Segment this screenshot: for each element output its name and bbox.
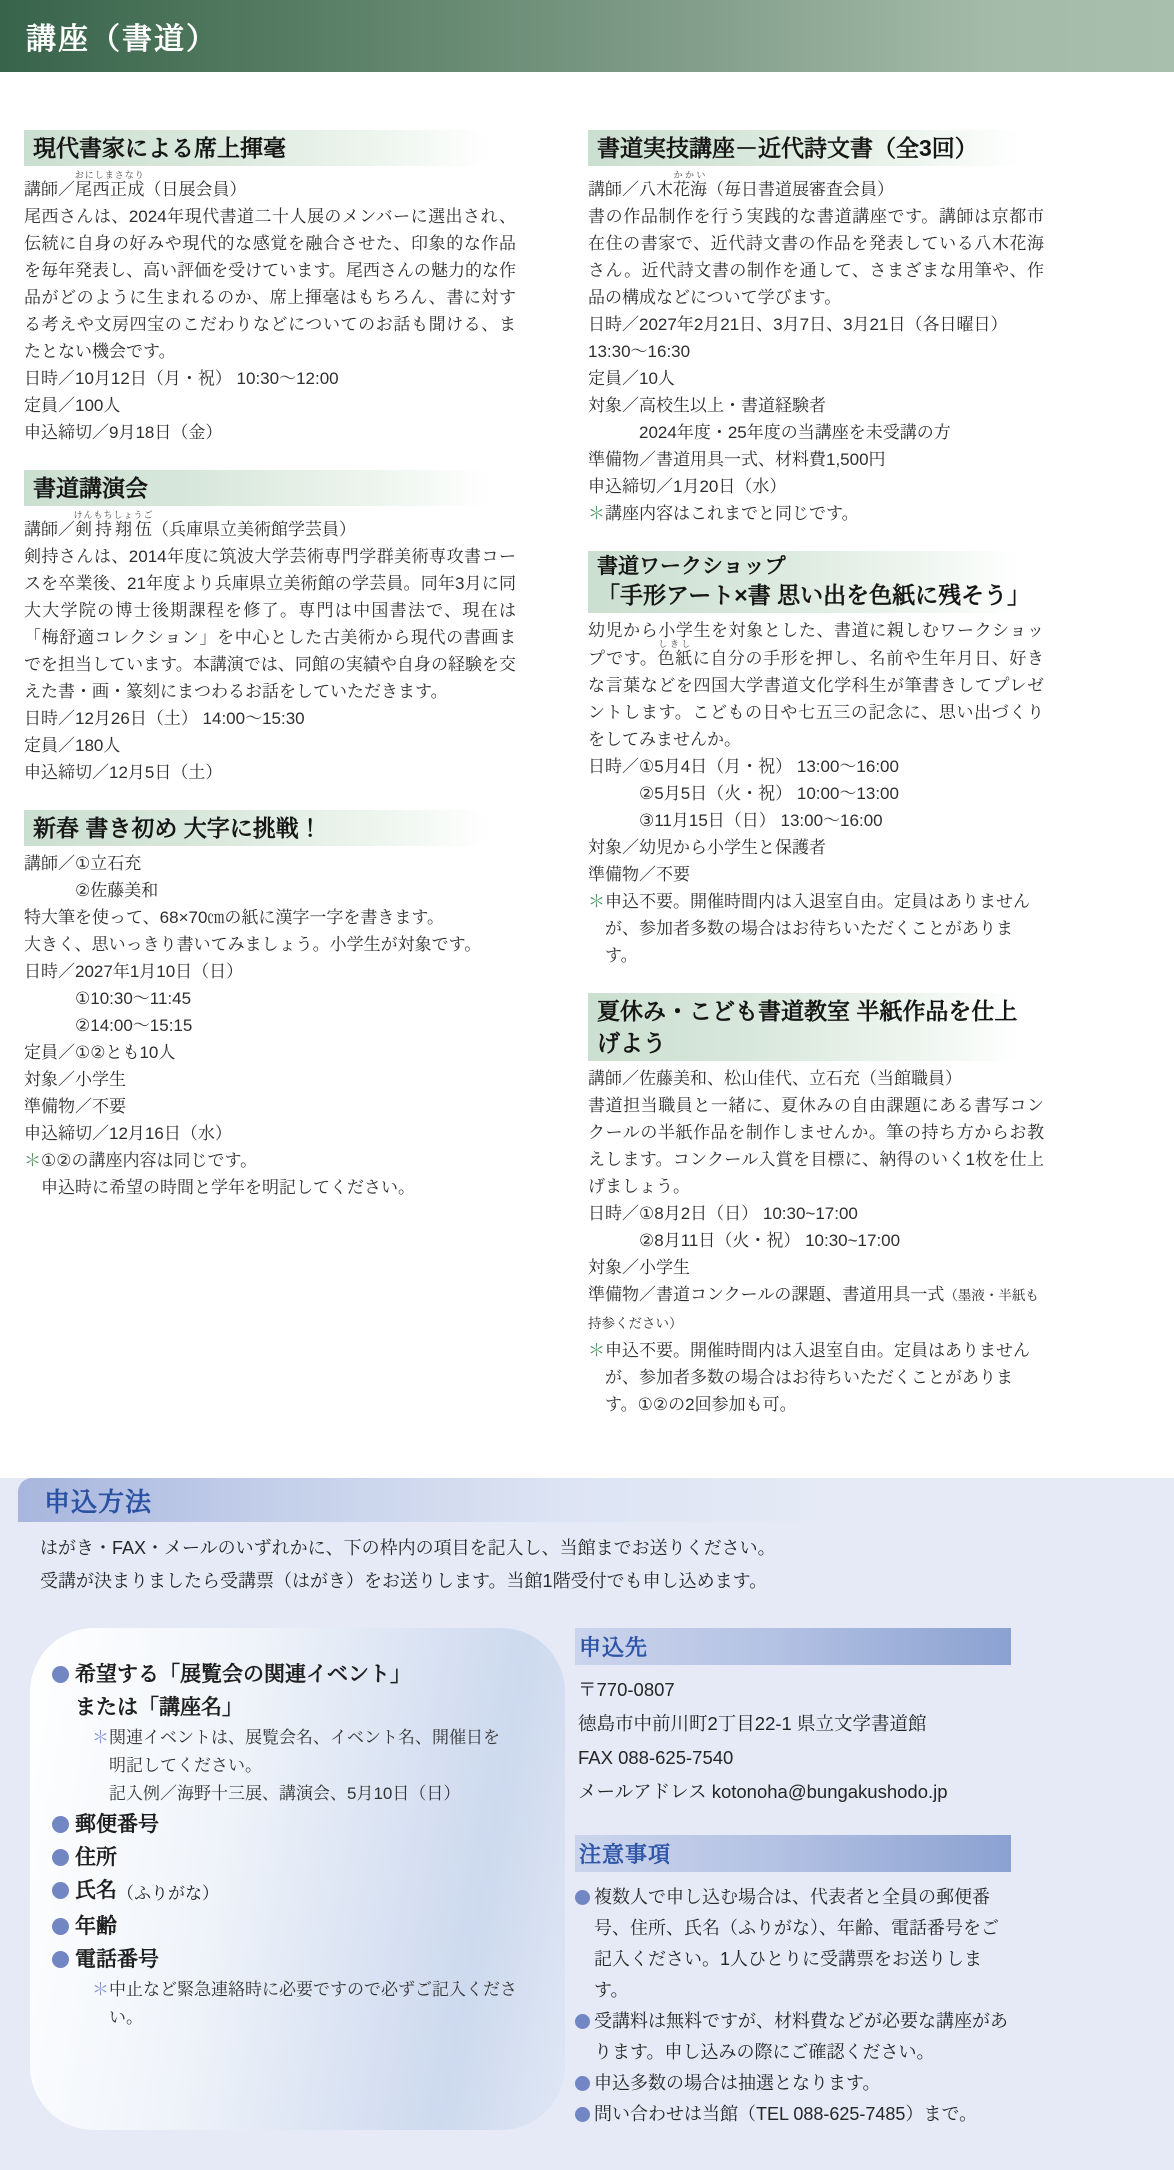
application-right-column: 申込先 〒770-0807 徳島市中前川町2丁目22-1 県立文学書道館 FAX… (575, 1628, 1011, 2130)
materials-line: 準備物／書道コンクールの課題、書道用具一式（墨液・半紙も持参ください） (588, 1281, 1044, 1337)
shikishi-ruby: 色紙しきし (658, 649, 693, 668)
date-sub-line: ③11月15日（日） 13:00～16:00 (588, 807, 1044, 834)
furigana-hint: （ふりがな） (117, 1874, 219, 1910)
lecturer-affiliation: （兵庫県立美術館学芸員） (152, 520, 356, 539)
destination-title: 申込先 (575, 1631, 648, 1662)
course-description: 尾西さんは、2024年現代書道二十人展のメンバーに選出され、伝統に自身の好みや現… (24, 203, 516, 365)
notices-title: 注意事項 (575, 1838, 671, 1869)
lecturer-line: 講師／①立石充 (24, 850, 516, 877)
course-workshop: 書道ワークショップ 「手形アート×書 思い出を色紙に残そう」 幼児から小学生を対… (588, 551, 1044, 969)
materials-line: 準備物／不要 (24, 1093, 516, 1120)
bullet-icon (575, 1890, 590, 1905)
lecturer-affiliation: （日展会員） (145, 180, 247, 199)
date-sub-line: ①10:30～11:45 (24, 985, 516, 1012)
form-item-address: 住所 (52, 1841, 547, 1874)
lecturer-name: 剣持翔伍 (74, 520, 154, 539)
course-kakizome: 新春 書き初め 大字に挑戦！ 講師／①立石充 ②佐藤美和 特大筆を使って、68×… (24, 810, 516, 1201)
flyer-page: 講座（書道） 現代書家による席上揮毫 講師／尾西正成おにしまさなり（日展会員） … (0, 0, 1174, 2170)
course-kouenkai: 書道講演会 講師／剣持翔伍けんもちしょうご（兵庫県立美術館学芸員） 剣持さんは、… (24, 470, 516, 786)
method-line: 受講が決まりましたら受講票（はがき）をお送りします。当館1階受付でも申し込めます… (40, 1565, 1174, 1598)
date-line: 日時／2027年1月10日（日） (24, 958, 516, 985)
bullet-icon (52, 1882, 69, 1899)
form-note-cont: 明記してください。 (52, 1752, 547, 1780)
page-title: 講座（書道） (26, 14, 218, 58)
date-line: 日時／①8月2日（日） 10:30~17:00 (588, 1200, 1044, 1227)
asterisk-marker: ＊ (92, 1980, 109, 1999)
notice-item: 複数人で申し込む場合は、代表者と全員の郵便番号、住所、氏名（ふりがな）、年齢、電… (575, 1882, 1011, 2006)
date-sub-line: ②5月5日（火・祝） 10:00～13:00 (588, 780, 1044, 807)
bullet-icon (575, 2014, 590, 2029)
target-line: 対象／高校生以上・書道経験者 (588, 392, 1044, 419)
course-title-line2: 「手形アート×書 思い出を色紙に残そう」 (597, 580, 1040, 611)
capacity-line: 定員／100人 (24, 392, 516, 419)
capacity-line: 定員／180人 (24, 732, 516, 759)
form-item-name: 氏名（ふりがな） (52, 1874, 547, 1910)
form-note-phone: ＊中止など緊急連絡時に必要ですので必ずご記入ください。 (52, 1976, 547, 2032)
target-line: 対象／小学生 (588, 1254, 1044, 1281)
course-description: 幼児から小学生を対象とした、書道に親しむワークショップです。色紙しきしに自分の手… (588, 617, 1044, 753)
bullet-icon (52, 1849, 69, 1866)
date-line: 日時／2027年2月21日、3月7日、3月21日（各日曜日） 13:30～16:… (588, 311, 1044, 365)
form-note-example: 記入例／海野十三展、講演会、5月10日（日） (52, 1780, 547, 1808)
bullet-icon (575, 2076, 590, 2091)
form-item-phone: 電話番号 (52, 1943, 547, 1976)
deadline-line: 申込締切／12月16日（水） (24, 1120, 516, 1147)
asterisk-marker: ＊ (588, 1341, 605, 1360)
lecturer-prefix: 講師／ (24, 520, 75, 539)
lecturer-prefix: 講師／ (24, 180, 75, 199)
note-line: ＊講座内容はこれまでと同じです。 (588, 500, 1044, 527)
form-note: ＊関連イベントは、展覧会名、イベント名、開催日を (52, 1724, 547, 1752)
lecturer-line: 講師／佐藤美和、松山佳代、立石充（当館職員） (588, 1065, 1044, 1092)
target-line: 対象／小学生 (24, 1066, 516, 1093)
course-columns: 現代書家による席上揮毫 講師／尾西正成おにしまさなり（日展会員） 尾西さんは、2… (0, 72, 1174, 1448)
course-title: 書道講演会 (24, 470, 516, 506)
notice-item: 受講料は無料ですが、材料費などが必要な講座があります。申し込みの際にご確認くださ… (575, 2006, 1011, 2068)
lecturer-furigana: かかい (673, 170, 707, 180)
form-item-event-cont: または「講座名」 (52, 1691, 547, 1724)
lecturer-furigana: おにしまさなり (75, 170, 145, 180)
deadline-line: 申込締切／9月18日（金） (24, 419, 516, 446)
materials-line: 準備物／不要 (588, 861, 1044, 888)
capacity-line: 定員／10人 (588, 365, 1044, 392)
bullet-icon (52, 1951, 69, 1968)
lecturer-name: 尾西正成 (75, 180, 145, 199)
lecturer-name-ruby: 尾西正成おにしまさなり (75, 180, 145, 199)
deadline-line: 申込締切／1月20日（水） (588, 473, 1044, 500)
note-line: ＊申込不要。開催時間内は入退室自由。定員はありませんが、参加者多数の場合はお待ち… (588, 888, 1044, 969)
note-line-cont: 申込時に希望の時間と学年を明記してください。 (24, 1174, 516, 1201)
left-column: 現代書家による席上揮毫 講師／尾西正成おにしまさなり（日展会員） 尾西さんは、2… (24, 130, 516, 1418)
lecturer-line: 講師／八木花海かかい（毎日書道展審査会員） (588, 170, 1044, 203)
street-address: 徳島市中前川町2丁目22-1 県立文学書道館 (578, 1707, 1011, 1741)
note-line: ＊申込不要。開催時間内は入退室自由。定員はありませんが、参加者多数の場合はお待ち… (588, 1337, 1044, 1418)
target-sub-line: 2024年度・25年度の当講座を未受講の方 (588, 419, 1044, 446)
asterisk-marker: ＊ (588, 892, 605, 911)
deadline-line: 申込締切／12月5日（土） (24, 759, 516, 786)
right-column: 書道実技講座－近代詩文書（全3回） 講師／八木花海かかい（毎日書道展審査会員） … (588, 130, 1044, 1418)
application-detail-row: 希望する「展覧会の関連イベント」 または「講座名」 ＊関連イベントは、展覧会名、… (30, 1628, 1174, 2130)
application-method-title: 申込方法 (18, 1482, 152, 1519)
asterisk-marker: ＊ (24, 1151, 41, 1170)
application-form-box: 希望する「展覧会の関連イベント」 または「講座名」 ＊関連イベントは、展覧会名、… (30, 1628, 565, 2130)
application-method-intro: はがき・FAX・メールのいずれかに、下の枠内の項目を記入し、当館までお送りくださ… (40, 1532, 1174, 1598)
fax-number: FAX 088-625-7540 (578, 1741, 1011, 1775)
course-title: 現代書家による席上揮毫 (24, 130, 516, 166)
course-description: 大きく、思いっきり書いてみましょう。小学生が対象です。 (24, 931, 516, 958)
lecturer-furigana: けんもちしょうご (74, 510, 154, 520)
target-line: 対象／幼児から小学生と保護者 (588, 834, 1044, 861)
notice-item: 申込多数の場合は抽選となります。 (575, 2068, 1011, 2099)
asterisk-marker: ＊ (588, 504, 605, 523)
course-description: 書の作品制作を行う実践的な書道講座です。講師は京都市在住の書家で、近代詩文書の作… (588, 203, 1044, 311)
lecturer-affiliation: （毎日書道展審査会員） (707, 180, 894, 199)
course-jitsugi: 書道実技講座－近代詩文書（全3回） 講師／八木花海かかい（毎日書道展審査会員） … (588, 130, 1044, 527)
course-description: 特大筆を使って、68×70㎝の紙に漢字一字を書きます。 (24, 904, 516, 931)
email-address: メールアドレス kotonoha@bungakushodo.jp (578, 1775, 1011, 1809)
note-line: ＊①②の講座内容は同じです。 (24, 1147, 516, 1174)
destination-address-block: 〒770-0807 徳島市中前川町2丁目22-1 県立文学書道館 FAX 088… (578, 1673, 1011, 1809)
date-line: 日時／10月12日（月・祝） 10:30～12:00 (24, 365, 516, 392)
course-natsuyasumi: 夏休み・こども書道教室 半紙作品を仕上げよう 講師／佐藤美和、松山佳代、立石充（… (588, 993, 1044, 1418)
course-title: 夏休み・こども書道教室 半紙作品を仕上げよう (588, 993, 1044, 1061)
bullet-icon (52, 1918, 69, 1935)
method-line: はがき・FAX・メールのいずれかに、下の枠内の項目を記入し、当館までお送りくださ… (40, 1532, 1174, 1565)
lecturer-line-2: ②佐藤美和 (24, 877, 516, 904)
course-title-block: 書道ワークショップ 「手形アート×書 思い出を色紙に残そう」 (588, 551, 1044, 613)
application-method-bar: 申込方法 (18, 1478, 1012, 1522)
capacity-line: 定員／①②とも10人 (24, 1039, 516, 1066)
date-line: 日時／12月26日（土） 14:00～15:30 (24, 705, 516, 732)
form-item-age: 年齢 (52, 1910, 547, 1943)
bullet-icon (575, 2107, 590, 2122)
date-sub-line: ②14:00～15:15 (24, 1012, 516, 1039)
lecturer-line: 講師／剣持翔伍けんもちしょうご（兵庫県立美術館学芸員） (24, 510, 516, 543)
lecturer-name-ruby: 剣持翔伍けんもちしょうご (75, 520, 152, 539)
lecturer-name-ruby: 花海かかい (673, 180, 707, 199)
notices-bar: 注意事項 (575, 1835, 1011, 1872)
destination-bar: 申込先 (575, 1628, 1011, 1665)
form-item-event: 希望する「展覧会の関連イベント」 (52, 1658, 547, 1691)
lecturer-prefix: 講師／八木 (588, 180, 673, 199)
date-line: 日時／①5月4日（月・祝） 13:00～16:00 (588, 753, 1044, 780)
lecturer-name: 花海 (673, 180, 707, 199)
page-header: 講座（書道） (0, 0, 1174, 72)
materials-line: 準備物／書道用具一式、材料費1,500円 (588, 446, 1044, 473)
notices-list: 複数人で申し込む場合は、代表者と全員の郵便番号、住所、氏名（ふりがな）、年齢、電… (575, 1882, 1011, 2130)
course-title: 新春 書き初め 大字に挑戦！ (24, 810, 516, 846)
course-sekijo-kigo: 現代書家による席上揮毫 講師／尾西正成おにしまさなり（日展会員） 尾西さんは、2… (24, 130, 516, 446)
course-description: 書道担当職員と一緒に、夏休みの自由課題にある書写コンクールの半紙作品を制作しませ… (588, 1092, 1044, 1200)
bullet-icon (52, 1666, 69, 1683)
course-title-line1: 書道ワークショップ (597, 553, 1040, 580)
bullet-icon (52, 1816, 69, 1833)
course-title: 書道実技講座－近代詩文書（全3回） (588, 130, 1044, 166)
application-panel: 申込方法 はがき・FAX・メールのいずれかに、下の枠内の項目を記入し、当館までお… (0, 1478, 1174, 2170)
postal-code: 〒770-0807 (578, 1673, 1011, 1707)
form-item-postal: 郵便番号 (52, 1808, 547, 1841)
course-description: 剣持さんは、2014年度に筑波大学芸術専門学群美術専攻書コースを卒業後、21年度… (24, 543, 516, 705)
lecturer-line: 講師／尾西正成おにしまさなり（日展会員） (24, 170, 516, 203)
asterisk-marker: ＊ (92, 1728, 109, 1747)
notice-item: 問い合わせは当館（TEL 088-625-7485）まで。 (575, 2099, 1011, 2130)
date-sub-line: ②8月11日（火・祝） 10:30~17:00 (588, 1227, 1044, 1254)
